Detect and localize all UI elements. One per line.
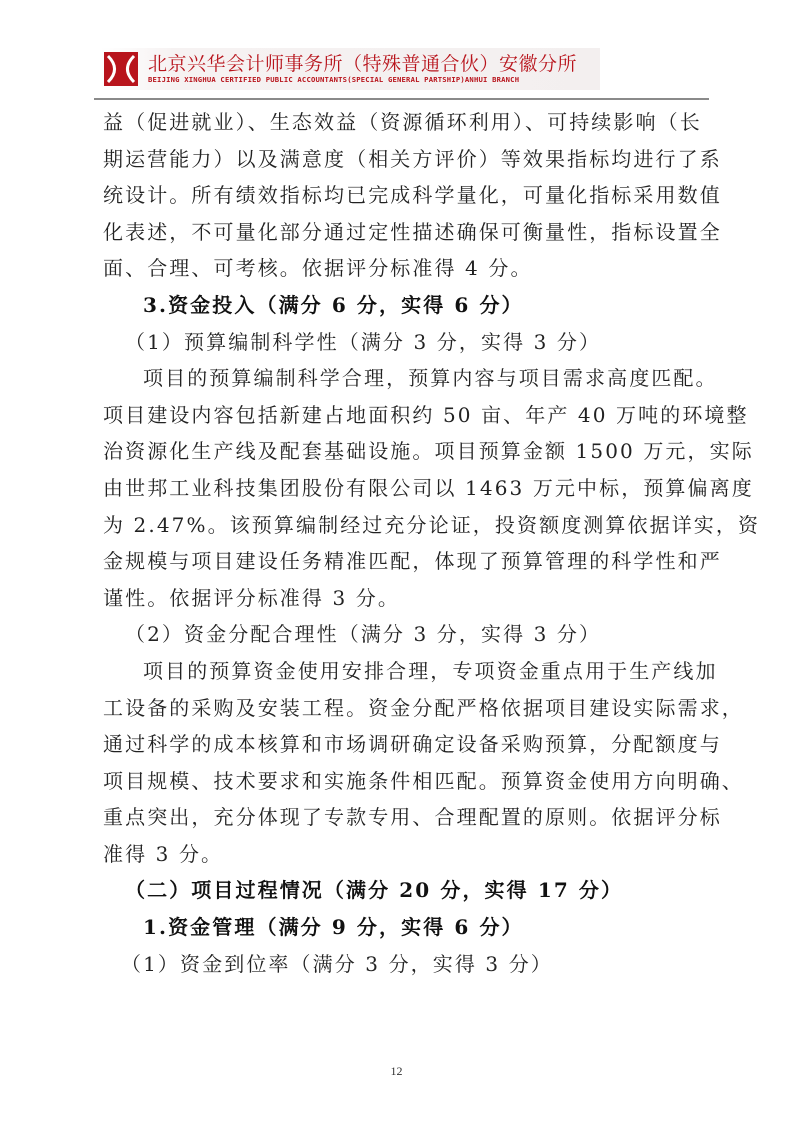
paragraph-line: 统设计。所有绩效指标均已完成科学量化，可量化指标采用数值 xyxy=(103,177,693,214)
paragraph-line: 面、合理、可考核。依据评分标准得 4 分。 xyxy=(103,250,693,287)
paragraph-line: 谨性。依据评分标准得 3 分。 xyxy=(103,580,693,617)
paragraph-line: 项目的预算资金使用安排合理，专项资金重点用于生产线加 xyxy=(103,653,693,690)
section-heading-fund-management: 1.资金管理（满分 9 分，实得 6 分） xyxy=(103,909,693,946)
firm-name-english: BEIJING XINGHUA CERTIFIED PUBLIC ACCOUNT… xyxy=(148,75,577,85)
paragraph-line: 治资源化生产线及配套基础设施。项目预算金额 1500 万元，实际 xyxy=(103,433,693,470)
subsection-heading-fund-arrival-rate: （1）资金到位率（满分 3 分，实得 3 分） xyxy=(103,946,693,983)
part-heading-project-process: （二）项目过程情况（满分 20 分，实得 17 分） xyxy=(103,872,693,909)
paragraph-line: 工设备的采购及安装工程。资金分配严格依据项目建设实际需求， xyxy=(103,690,693,727)
letterhead: 北京兴华会计师事务所（特殊普通合伙）安徽分所 BEIJING XINGHUA C… xyxy=(100,48,600,90)
letterhead-text: 北京兴华会计师事务所（特殊普通合伙）安徽分所 BEIJING XINGHUA C… xyxy=(148,53,577,85)
header-divider xyxy=(94,98,709,100)
paragraph-line: 项目规模、技术要求和实施条件相匹配。预算资金使用方向明确、 xyxy=(103,763,693,800)
xinghua-logo-icon xyxy=(104,52,138,86)
subsection-heading-allocation-reasonable: （2）资金分配合理性（满分 3 分，实得 3 分） xyxy=(103,616,693,653)
paragraph-line: 项目建设内容包括新建占地面积约 50 亩、年产 40 万吨的环境整 xyxy=(103,397,693,434)
paragraph-line: 为 2.47%。该预算编制经过充分论证，投资额度测算依据详实，资 xyxy=(103,507,693,544)
paragraph-line: 期运营能力）以及满意度（相关方评价）等效果指标均进行了系 xyxy=(103,141,693,178)
paragraph-line: 项目的预算编制科学合理，预算内容与项目需求高度匹配。 xyxy=(103,360,693,397)
subsection-heading-budget-scientific: （1）预算编制科学性（满分 3 分，实得 3 分） xyxy=(103,324,693,361)
paragraph-line: 益（促进就业）、生态效益（资源循环利用）、可持续影响（长 xyxy=(103,104,693,141)
paragraph-line: 金规模与项目建设任务精准匹配，体现了预算管理的科学性和严 xyxy=(103,543,693,580)
paragraph-line: 重点突出，充分体现了专款专用、合理配置的原则。依据评分标 xyxy=(103,799,693,836)
firm-name-chinese: 北京兴华会计师事务所（特殊普通合伙）安徽分所 xyxy=(148,53,577,75)
section-heading-funding-input: 3.资金投入（满分 6 分，实得 6 分） xyxy=(103,287,693,324)
paragraph-line: 准得 3 分。 xyxy=(103,836,693,873)
paragraph-line: 化表述，不可量化部分通过定性描述确保可衡量性，指标设置全 xyxy=(103,214,693,251)
paragraph-line: 由世邦工业科技集团股份有限公司以 1463 万元中标，预算偏离度 xyxy=(103,470,693,507)
document-body: 益（促进就业）、生态效益（资源循环利用）、可持续影响（长 期运营能力）以及满意度… xyxy=(103,104,693,982)
page-number: 12 xyxy=(0,1064,793,1079)
paragraph-line: 通过科学的成本核算和市场调研确定设备采购预算，分配额度与 xyxy=(103,726,693,763)
